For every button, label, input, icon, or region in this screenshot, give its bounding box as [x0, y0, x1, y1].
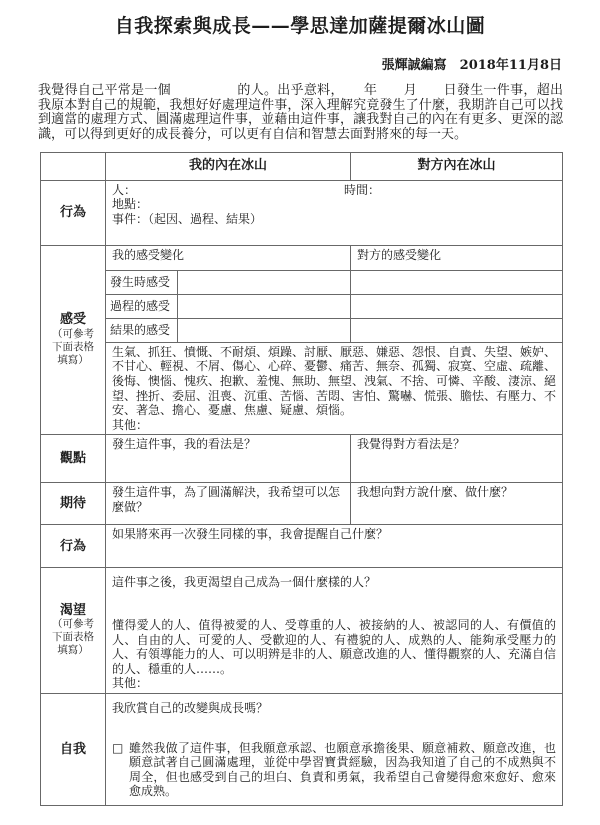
intro-paragraph: 我覺得自己平常是一個 的人。出乎意料， 年 月 日發生一件事，超出我原本對自己的… — [38, 84, 563, 143]
yearning-row: 渴望 （可參考 下面表格 填寫） 這件事之後，我更渴望自己成為一個什麼樣的人？ … — [41, 568, 563, 694]
emotion-word-bank-row: 生氣、抓狂、憤慨、不耐煩、煩躁、討厭、厭惡、嫌惡、怨恨、自責、失望、嫉妒、不甘心… — [41, 342, 563, 435]
result-other-blank-cell — [351, 318, 563, 342]
row-label-self: 自我 — [41, 693, 106, 805]
stage-label-onset: 發生時感受 — [106, 270, 178, 294]
viewpoint-row: 觀點 發生這件事，我的看法是？ 我覺得對方看法是？ — [41, 435, 563, 483]
person-time-line: 人： 時間： — [112, 183, 556, 198]
expectation-other-question-cell: 我想向對方說什麼、做什麼？ — [351, 483, 563, 525]
expectation-my-question-cell: 發生這件事，為了圓滿解決，我希望可以怎麼做？ — [106, 483, 351, 525]
emotion-other-label: 其他： — [112, 418, 556, 433]
place-field-label: 地點： — [112, 197, 556, 212]
row-label-behavior-2: 行為 — [41, 525, 106, 568]
process-other-blank-cell — [351, 294, 563, 318]
yearning-write-space — [112, 590, 556, 618]
self-content-cell: 我欣賞自己的改變與成長嗎？ □ 雖然我做了這件事，但我願意承認、也願意承擔後果、… — [106, 693, 563, 805]
iceberg-table: 我的內在冰山 對方內在冰山 行為 人： 時間： 地點： 事件：（起因、過程、結果… — [40, 152, 563, 806]
byline: 張輝誠編寫2018年11月8日 — [0, 54, 562, 73]
feelings-result-row: 結果的感受 — [41, 318, 563, 342]
row-label-behavior-1: 行為 — [41, 180, 106, 245]
self-statement-text: 雖然我做了這件事，但我願意承認、也願意承擔後果、願意補救、願意改進，也願意試著自… — [129, 741, 556, 799]
yearning-option-list: 懂得愛人的人、值得被愛的人、受尊重的人、被接納的人、被認同的人、有價值的人、自由… — [112, 618, 556, 676]
yearning-content-cell: 這件事之後，我更渴望自己成為一個什麼樣的人？ 懂得愛人的人、值得被愛的人、受尊重… — [106, 568, 563, 694]
corner-cell — [41, 152, 106, 180]
viewpoint-my-question-cell: 發生這件事，我的看法是？ — [106, 435, 351, 483]
feelings-header-row: 感受 （可參考 下面表格 填寫） 我的感受變化 對方的感受變化 — [41, 245, 563, 270]
table-header-row: 我的內在冰山 對方內在冰山 — [41, 152, 563, 180]
onset-my-blank-cell — [178, 270, 351, 294]
person-field-label: 人： — [112, 183, 344, 198]
emotion-word-bank-cell: 生氣、抓狂、憤慨、不耐煩、煩躁、討厭、厭惡、嫌惡、怨恨、自責、失望、嫉妒、不甘心… — [106, 342, 563, 435]
self-statement-line: □ 雖然我做了這件事，但我願意承認、也願意承擔後果、願意補救、願意改進，也願意試… — [112, 741, 556, 799]
page-title: 自我探索與成長——學思達加薩提爾冰山圖 — [0, 0, 600, 39]
self-write-space — [112, 716, 556, 741]
result-my-blank-cell — [178, 318, 351, 342]
yearning-label-note: （可參考 下面表格 填寫） — [43, 618, 103, 657]
stage-label-result: 結果的感受 — [106, 318, 178, 342]
stage-label-process: 過程的感受 — [106, 294, 178, 318]
feelings-onset-row: 發生時感受 — [41, 270, 563, 294]
my-feelings-change-header: 我的感受變化 — [106, 245, 351, 270]
column-header-my-iceberg: 我的內在冰山 — [106, 152, 351, 180]
self-question: 我欣賞自己的改變與成長嗎？ — [112, 701, 556, 716]
behavior-reminder-row: 行為 如果將來再一次發生同樣的事，我會提醒自己什麼？ — [41, 525, 563, 568]
feelings-label-note: （可參考 下面表格 填寫） — [43, 328, 103, 367]
row-label-yearning: 渴望 （可參考 下面表格 填寫） — [41, 568, 106, 694]
yearning-other-label: 其他： — [112, 676, 556, 691]
behavior-event-row: 行為 人： 時間： 地點： 事件：（起因、過程、結果） — [41, 180, 563, 245]
feelings-process-row: 過程的感受 — [41, 294, 563, 318]
other-feelings-change-header: 對方的感受變化 — [351, 245, 563, 270]
yearning-question: 這件事之後，我更渴望自己成為一個什麼樣的人？ — [112, 575, 556, 590]
behavior-event-cell: 人： 時間： 地點： 事件：（起因、過程、結果） — [106, 180, 563, 245]
emotion-word-list: 生氣、抓狂、憤慨、不耐煩、煩躁、討厭、厭惡、嫌惡、怨恨、自責、失望、嫉妒、不甘心… — [112, 345, 556, 418]
time-field-label: 時間： — [344, 183, 380, 198]
onset-other-blank-cell — [351, 270, 563, 294]
expectation-row: 期待 發生這件事，為了圓滿解決，我希望可以怎麼做？ 我想向對方說什麼、做什麼？ — [41, 483, 563, 525]
checkbox-icon: □ — [112, 741, 129, 799]
row-label-expectation: 期待 — [41, 483, 106, 525]
event-field-label: 事件：（起因、過程、結果） — [112, 212, 556, 227]
author-name: 張輝誠編寫 — [382, 58, 447, 73]
viewpoint-other-question-cell: 我覺得對方看法是？ — [351, 435, 563, 483]
document-date: 2018年11月8日 — [460, 58, 562, 73]
process-my-blank-cell — [178, 294, 351, 318]
column-header-other-iceberg: 對方內在冰山 — [351, 152, 563, 180]
row-label-viewpoint: 觀點 — [41, 435, 106, 483]
self-row: 自我 我欣賞自己的改變與成長嗎？ □ 雖然我做了這件事，但我願意承認、也願意承擔… — [41, 693, 563, 805]
row-label-feelings: 感受 （可參考 下面表格 填寫） — [41, 245, 106, 435]
behavior-reminder-cell: 如果將來再一次發生同樣的事，我會提醒自己什麼？ — [106, 525, 563, 568]
